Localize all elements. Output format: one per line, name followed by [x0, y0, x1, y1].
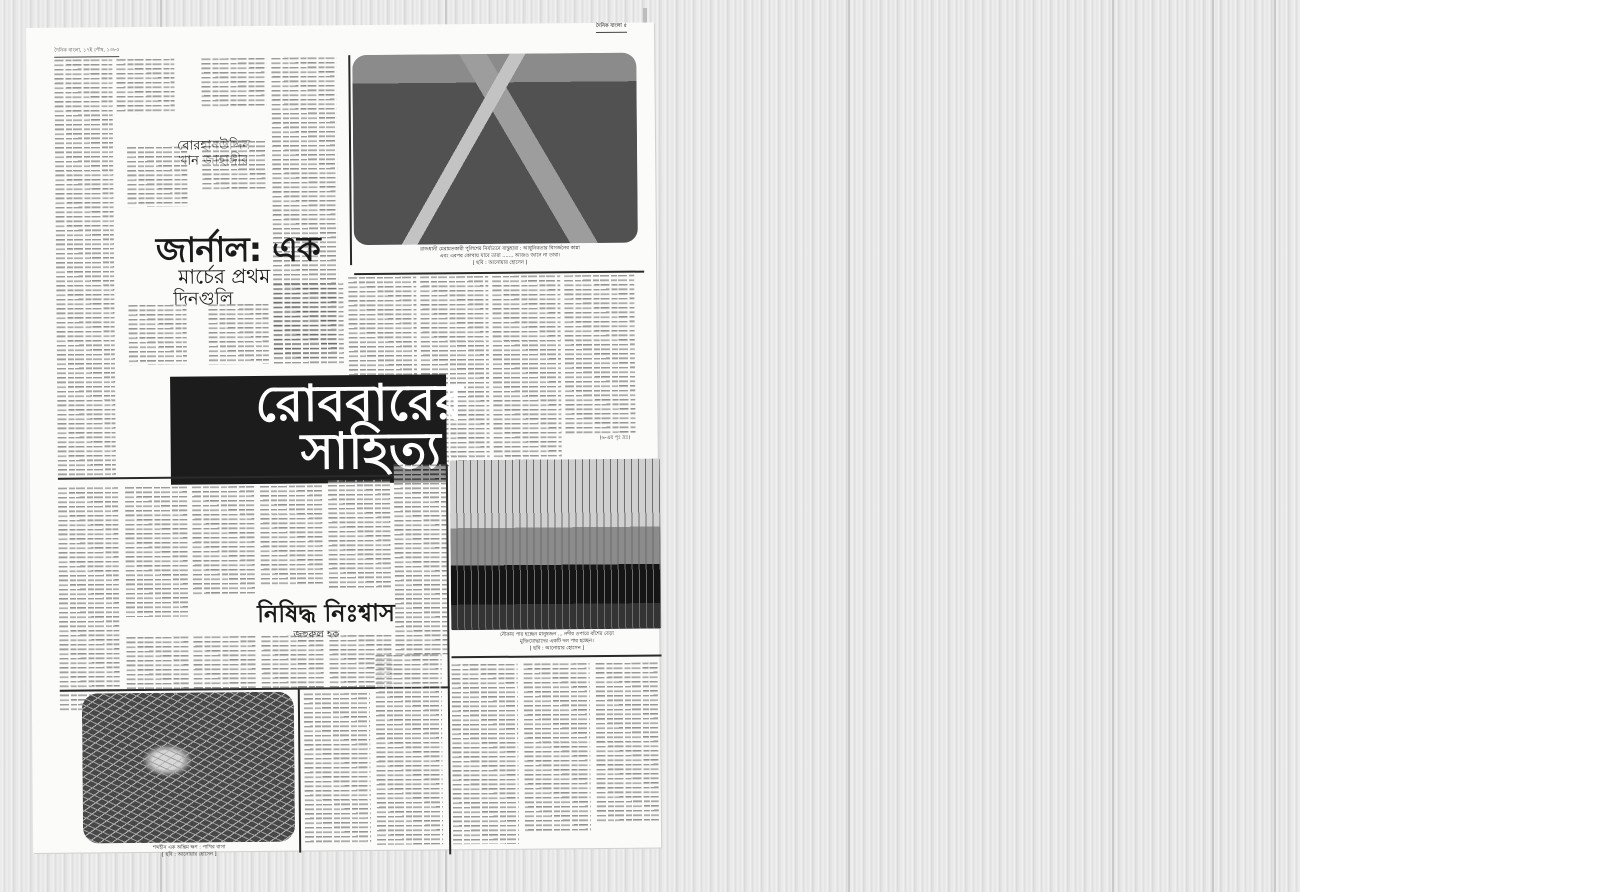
text-column [192, 486, 255, 597]
text-column [54, 59, 116, 479]
text-column [524, 663, 591, 834]
text-column [260, 485, 323, 586]
running-head-left: দৈনিক বাংলা, ১৭ই পৌষ, ১৩৮৫ [54, 47, 119, 58]
text-column [394, 464, 448, 654]
scan-streak [848, 0, 850, 892]
grass-photo-caption: শব্দহীন এক অন্তিম ক্ষণ : পাখির বাসা [ ছব… [83, 844, 295, 860]
text-column [328, 480, 391, 591]
text-column [492, 275, 562, 466]
continued-marker: (৬-এর পৃঃ দ্রঃ) [600, 435, 631, 443]
text-column [201, 58, 266, 109]
boat-photo-caption: নৌকায় পার হচ্ছেন মানুষজন ... নদীর ওপারে… [449, 630, 664, 653]
text-column [452, 664, 520, 845]
section-rule [451, 654, 661, 658]
text-column [128, 305, 187, 366]
column-rule [298, 688, 301, 853]
hut-photo-caption: রাজধানী মেরামতকারী পুলিশের নির্যাতনে বাস… [358, 245, 642, 268]
text-column [596, 663, 659, 824]
text-column [125, 487, 188, 618]
text-column [261, 635, 323, 691]
text-column [564, 275, 635, 436]
text-column [375, 654, 443, 845]
text-column [202, 141, 267, 192]
photo-credit: [ ছবি : আনোয়ার হোসেন ] [449, 644, 664, 653]
grass-photo [82, 692, 295, 844]
boat-photo [450, 458, 661, 630]
text-column [126, 637, 188, 693]
scan-streak [1112, 0, 1114, 892]
text-column [273, 283, 344, 364]
text-column [58, 487, 120, 713]
scan-streak [1212, 0, 1214, 892]
newspaper-page: দৈনিক বাংলা, ১৭ই পৌষ, ১৩৮৫ দৈনিক বাংলা ৫… [26, 23, 661, 853]
text-column [304, 693, 371, 844]
text-column [127, 147, 188, 208]
hut-photo [352, 53, 638, 245]
text-column [116, 59, 174, 115]
photo-credit: [ ছবি : আনোয়ার হোসেন ] [358, 259, 642, 268]
text-column [208, 304, 269, 365]
scan-streak [1274, 0, 1276, 892]
blank-margin [1306, 0, 1600, 892]
column-rule [348, 55, 352, 265]
text-column [193, 636, 255, 692]
running-head-right: দৈনিক বাংলা ৫ [596, 23, 627, 33]
